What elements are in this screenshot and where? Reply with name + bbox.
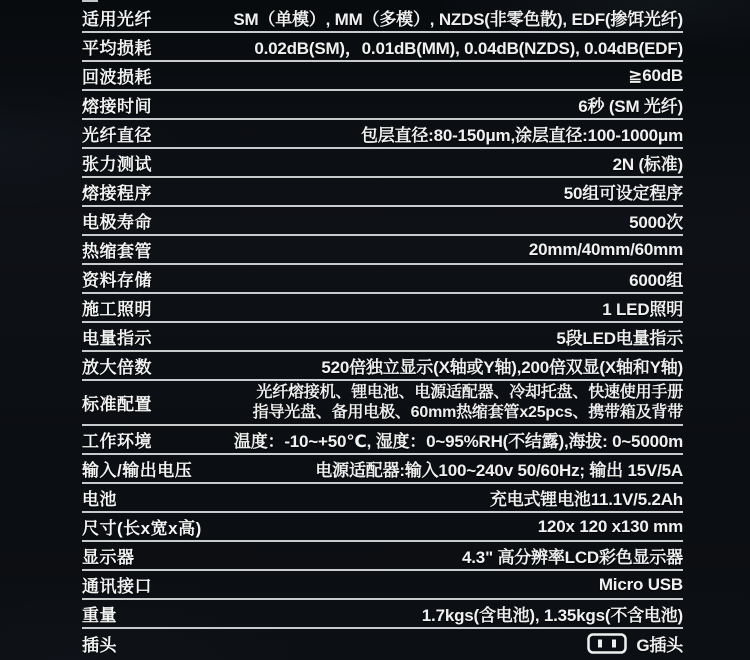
spec-row-standard-config: 标准配置 光纤熔接机、锂电池、电源适配器、冷却托盘、快速使用手册 指导光盘、备用… <box>82 381 683 426</box>
spec-value: 电源适配器:输入100~240v 50/60Hz; 输出 15V/5A <box>192 456 683 481</box>
spec-row-battery: 电池 充电式锂电池11.1V/5.2Ah <box>82 484 683 513</box>
spec-row-shrink-sleeve: 热缩套管 20mm/40mm/60mm <box>82 236 683 265</box>
spec-label: 工作环境 <box>82 427 152 452</box>
spec-row-battery-indicator: 电量指示 5段LED电量指示 <box>82 323 683 352</box>
spec-label: 熔接时间 <box>82 92 152 117</box>
spec-table: 适用光纤 SM（单模）, MM（多模）, NZDS(非零色散), EDF(掺饵光… <box>82 4 683 658</box>
spec-label: 回波损耗 <box>82 63 152 88</box>
spec-value: G插头 <box>117 631 683 656</box>
spec-value-line2: 指导光盘、备用电极、60mm热缩套管x25pcs、携带箱及背带 <box>152 403 683 423</box>
spec-label: 输入/输出电压 <box>82 456 192 481</box>
spec-value: 120x 120 x130 mm <box>202 517 683 537</box>
spec-value: 充电式锂电池11.1V/5.2Ah <box>117 485 683 510</box>
spec-value: 4.3" 高分辨率LCD彩色显示器 <box>135 543 684 568</box>
spec-label: 重量 <box>82 601 117 626</box>
spec-label: 施工照明 <box>82 295 152 320</box>
spec-value: 6000组 <box>152 266 683 291</box>
spec-value: 1.7kgs(含电池), 1.35kgs(不含电池) <box>117 601 683 626</box>
spec-label: 电量指示 <box>82 324 152 349</box>
spec-value: SM（单模）, MM（多模）, NZDS(非零色散), EDF(掺饵光纤) <box>152 5 683 30</box>
spec-row-applicable-fiber: 适用光纤 SM（单模）, MM（多模）, NZDS(非零色散), EDF(掺饵光… <box>82 4 683 33</box>
spec-value: 20mm/40mm/60mm <box>152 240 683 260</box>
spec-label: 资料存储 <box>82 266 152 291</box>
spec-row-plug: 插头 G插头 <box>82 629 683 658</box>
spec-row-io-voltage: 输入/输出电压 电源适配器:输入100~240v 50/60Hz; 输出 15V… <box>82 455 683 484</box>
spec-label: 放大倍数 <box>82 353 152 378</box>
spec-row-tension-test: 张力测试 2N (标准) <box>82 149 683 178</box>
spec-label: 热缩套管 <box>82 237 152 262</box>
spec-label: 张力测试 <box>82 150 152 175</box>
spec-row-splice-programs: 熔接程序 50组可设定程序 <box>82 178 683 207</box>
spec-label: 电极寿命 <box>82 208 152 233</box>
spec-label: 通讯接口 <box>82 572 152 597</box>
spec-row-average-loss: 平均损耗 0.02dB(SM)，0.01dB(MM), 0.04dB(NZDS)… <box>82 33 683 62</box>
spec-label: 尺寸(长x宽x高) <box>82 514 202 539</box>
spec-label: 插头 <box>82 631 117 656</box>
spec-label: 适用光纤 <box>82 5 152 30</box>
spec-label: 显示器 <box>82 543 135 568</box>
spec-label: 标准配置 <box>82 390 152 415</box>
spec-value: 光纤熔接机、锂电池、电源适配器、冷却托盘、快速使用手册 指导光盘、备用电极、60… <box>152 383 683 423</box>
spec-row-data-storage: 资料存储 6000组 <box>82 265 683 294</box>
plug-value-text: G插头 <box>636 631 683 656</box>
spec-row-fiber-diameter: 光纤直径 包层直径:80-150μm,涂层直径:100-1000μm <box>82 120 683 149</box>
spec-label: 光纤直径 <box>82 121 152 146</box>
spec-value: 包层直径:80-150μm,涂层直径:100-1000μm <box>152 121 683 146</box>
spec-value: 2N (标准) <box>152 150 683 175</box>
spec-label: 熔接程序 <box>82 179 152 204</box>
spec-row-magnification: 放大倍数 520倍独立显示(X轴或Y轴),200倍双显(X轴和Y轴) <box>82 352 683 381</box>
spec-row-weight: 重量 1.7kgs(含电池), 1.35kgs(不含电池) <box>82 600 683 629</box>
spec-row-dimensions: 尺寸(长x宽x高) 120x 120 x130 mm <box>82 513 683 542</box>
spec-row-operating-environment: 工作环境 温度：-10~+50℃, 湿度：0~95%RH(不结露),海拔: 0~… <box>82 426 683 455</box>
spec-row-display: 显示器 4.3" 高分辨率LCD彩色显示器 <box>82 542 683 571</box>
spec-label: 电池 <box>82 485 117 510</box>
spec-value: Micro USB <box>152 575 683 595</box>
spec-value: ≧60dB <box>152 66 683 86</box>
divider-remnant <box>82 0 98 2</box>
spec-value: 温度：-10~+50℃, 湿度：0~95%RH(不结露),海拔: 0~5000m <box>152 427 683 452</box>
spec-value: 50组可设定程序 <box>152 179 683 204</box>
spec-value: 5段LED电量指示 <box>152 324 683 349</box>
spec-row-splice-time: 熔接时间 6秒 (SM 光纤) <box>82 91 683 120</box>
spec-value: 6秒 (SM 光纤) <box>152 92 683 117</box>
spec-row-electrode-life: 电极寿命 5000次 <box>82 207 683 236</box>
spec-row-work-light: 施工照明 1 LED照明 <box>82 294 683 323</box>
spec-value: 1 LED照明 <box>152 295 683 320</box>
plug-icon <box>587 633 627 654</box>
spec-row-comm-port: 通讯接口 Micro USB <box>82 571 683 600</box>
spec-value-line1: 光纤熔接机、锂电池、电源适配器、冷却托盘、快速使用手册 <box>152 383 683 403</box>
spec-value: 0.02dB(SM)，0.01dB(MM), 0.04dB(NZDS), 0.0… <box>152 34 683 59</box>
spec-row-return-loss: 回波损耗 ≧60dB <box>82 62 683 91</box>
spec-value: 520倍独立显示(X轴或Y轴),200倍双显(X轴和Y轴) <box>152 353 683 378</box>
spec-value: 5000次 <box>152 208 683 233</box>
spec-label: 平均损耗 <box>82 34 152 59</box>
